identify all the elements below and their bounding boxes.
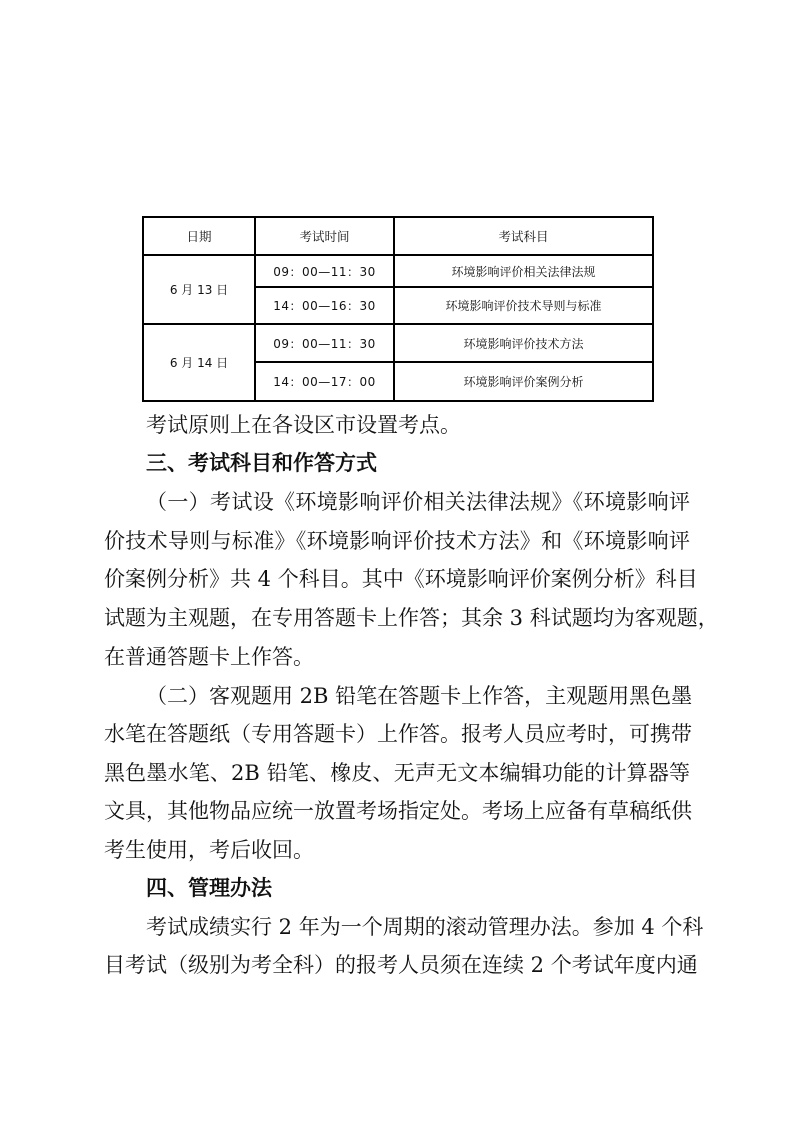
exam-schedule-table: 日期 考试时间 考试科目 6 月 13 日 09：00—11：30 环境影响评价… (142, 216, 654, 402)
paragraph-line: （一）考试设《环境影响评价相关法律法规》《环境影响评 (146, 487, 690, 517)
paragraph-line: 价案例分析》共 4 个科目。其中《环境影响评价案例分析》科目 (104, 564, 690, 594)
paragraph-line: 价技术导则与标准》《环境影响评价技术方法》和《环境影响评 (104, 526, 690, 556)
header-exam-time: 考试时间 (255, 217, 394, 255)
paragraph-line: 黑色墨水笔、2B 铅笔、橡皮、无声无文本编辑功能的计算器等 (104, 758, 690, 788)
date-cell: 6 月 14 日 (143, 324, 255, 401)
paragraph-line: 考生使用，考后收回。 (104, 835, 690, 865)
document-page: 日期 考试时间 考试科目 6 月 13 日 09：00—11：30 环境影响评价… (0, 0, 794, 1123)
section-heading-4: 四、管理办法 (146, 873, 690, 903)
time-cell: 14：00—17：00 (255, 362, 394, 401)
section-heading-3: 三、考试科目和作答方式 (146, 448, 690, 478)
subject-cell: 环境影响评价案例分析 (394, 362, 653, 401)
table-row: 6 月 13 日 09：00—11：30 环境影响评价相关法律法规 (143, 255, 653, 287)
time-cell: 09：00—11：30 (255, 324, 394, 362)
paragraph-line: （二）客观题用 2B 铅笔在答题卡上作答，主观题用黑色墨 (146, 681, 690, 711)
date-cell: 6 月 13 日 (143, 255, 255, 324)
subject-cell: 环境影响评价技术导则与标准 (394, 287, 653, 324)
header-date: 日期 (143, 217, 255, 255)
paragraph-line: 在普通答题卡上作答。 (104, 642, 690, 672)
table-row: 6 月 14 日 09：00—11：30 环境影响评价技术方法 (143, 324, 653, 362)
paragraph-line: 文具，其他物品应统一放置考场指定处。考场上应备有草稿纸供 (104, 796, 690, 826)
subject-cell: 环境影响评价相关法律法规 (394, 255, 653, 287)
header-exam-subject: 考试科目 (394, 217, 653, 255)
paragraph-line: 考试原则上在各设区市设置考点。 (146, 410, 690, 440)
paragraph-line: 目考试（级别为考全科）的报考人员须在连续 2 个考试年度内通 (104, 950, 690, 980)
paragraph-line: 试题为主观题，在专用答题卡上作答；其余 3 科试题均为客观题， (104, 603, 690, 633)
time-cell: 09：00—11：30 (255, 255, 394, 287)
paragraph-line: 考试成绩实行 2 年为一个周期的滚动管理办法。参加 4 个科 (146, 912, 690, 942)
paragraph-line: 水笔在答题纸（专用答题卡）上作答。报考人员应考时，可携带 (104, 719, 690, 749)
time-cell: 14：00—16：30 (255, 287, 394, 324)
table-header-row: 日期 考试时间 考试科目 (143, 217, 653, 255)
subject-cell: 环境影响评价技术方法 (394, 324, 653, 362)
